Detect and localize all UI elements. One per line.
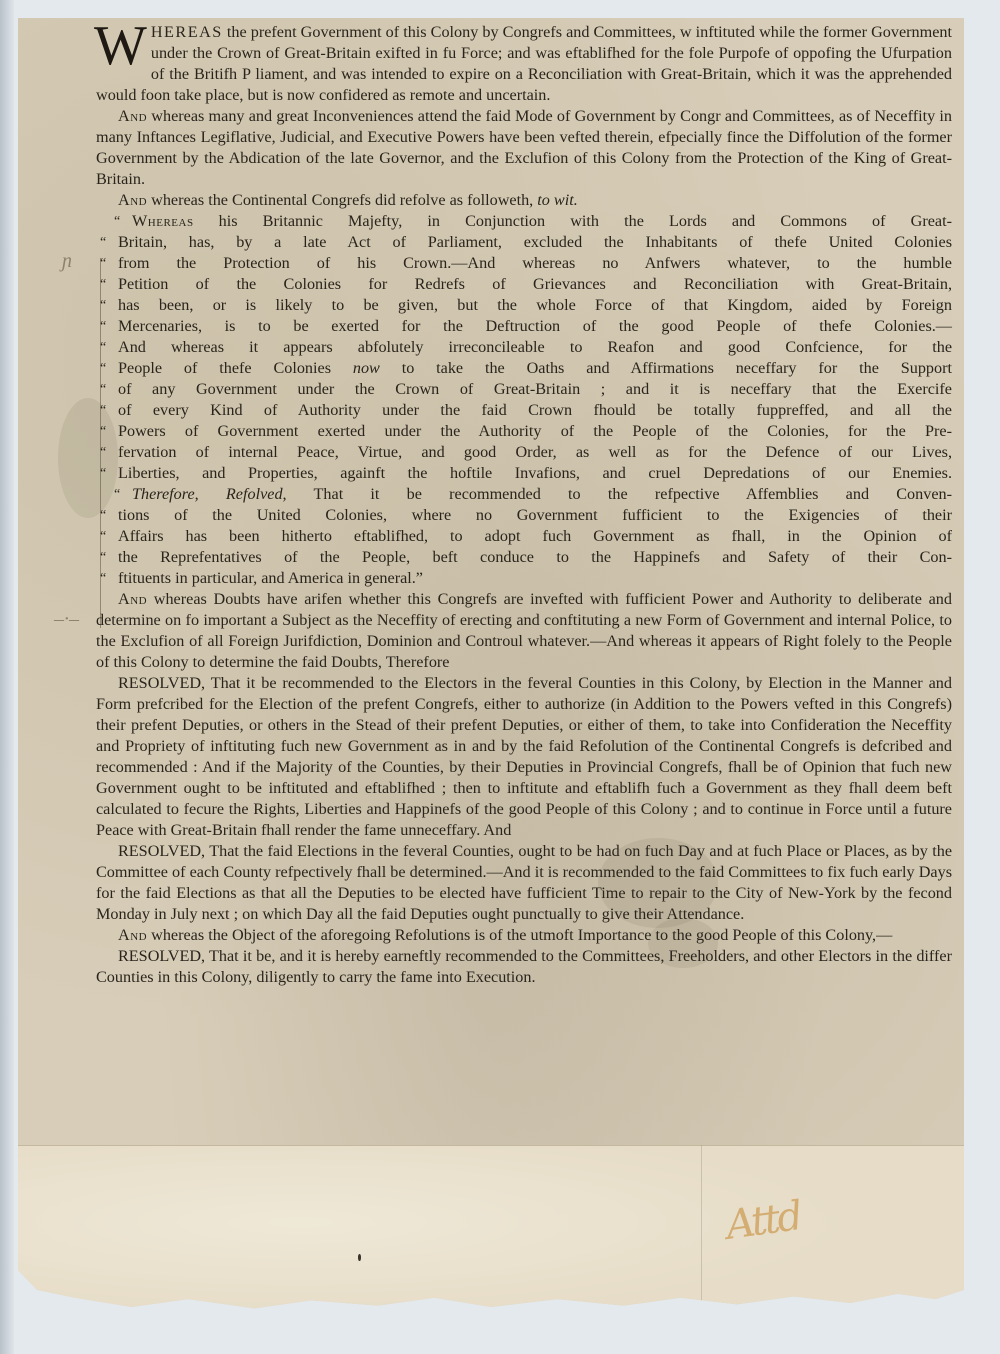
quote-line: “the Reprefentatives of the People, beft… [118, 547, 952, 568]
preamble-paragraph-1: WHEREAS the prefent Government of this C… [96, 22, 952, 106]
resolved-heading: RESOLVED, [118, 674, 205, 692]
scan-background-edge [0, 0, 14, 1354]
drop-cap: W [94, 24, 147, 68]
doubts-paragraph: And whereas Doubts have arifen whether t… [96, 589, 952, 673]
paragraph-text: whereas many and great Inconveniences at… [96, 107, 952, 188]
quote-text: Powers of Government exerted under the A… [118, 422, 952, 440]
quote-line: “Whereas his Britannic Majefty, in Conju… [118, 211, 952, 232]
quote-text: the Reprefentatives of the People, beft … [118, 548, 952, 566]
quote-text: has been, or is likely to be given, but … [118, 296, 952, 314]
paragraph-text: That it be recommended to the Electors i… [96, 674, 952, 839]
quote-mark: “ [100, 400, 106, 421]
preamble-paragraph-3: And whereas the Continental Congrefs did… [96, 190, 952, 211]
object-paragraph: And whereas the Object of the aforegoing… [96, 925, 952, 946]
fold-crease [701, 1145, 702, 1325]
quote-line: “Petition of the Colonies for Redrefs of… [118, 274, 952, 295]
quote-line: “tions of the United Colonies, where no … [118, 505, 952, 526]
broadside-page: ɲ ‒·‒ WHEREAS the prefent Government of … [18, 18, 964, 1336]
quote-mark: “ [100, 211, 120, 232]
quote-mark: “ [100, 358, 106, 379]
quote-mark: “ [100, 505, 106, 526]
quote-mark: “ [100, 442, 106, 463]
quote-text: And whereas it appears abfolutely irreco… [118, 338, 952, 356]
quote-mark: “ [100, 547, 106, 568]
document-body: WHEREAS the prefent Government of this C… [96, 22, 952, 988]
margin-pen-mark: ɲ [62, 250, 72, 273]
quote-text: That it be recommended to the refpective… [287, 485, 952, 503]
resolution-2: RESOLVED, That the faid Elections in the… [96, 841, 952, 925]
quote-text: his Britannic Majefty, in Conjunction wi… [194, 212, 952, 230]
quote-text: fervation of internal Peace, Virtue, and… [118, 443, 952, 461]
resolution-3: RESOLVED, That it be, and it is hereby e… [96, 946, 952, 988]
quote-text: Petition of the Colonies for Redrefs of … [118, 275, 952, 293]
opening-word: HEREAS [151, 23, 223, 41]
quote-line: “Mercenaries, is to be exerted for the D… [118, 316, 952, 337]
continental-congress-quotation: “Whereas his Britannic Majefty, in Conju… [96, 211, 952, 589]
quote-text: of every Kind of Authority under the fai… [118, 401, 952, 419]
quote-text: People of thefe Colonies [118, 359, 353, 377]
quote-mark: “ [100, 463, 106, 484]
lead-word: And [118, 107, 147, 125]
quote-line: “Affairs has been hitherto eftablifhed, … [118, 526, 952, 547]
quote-mark: “ [100, 295, 106, 316]
quote-line: “Liberties, and Properties, againft the … [118, 463, 952, 484]
quote-line: “And whereas it appears abfolutely irrec… [118, 337, 952, 358]
paragraph-text: whereas the Object of the aforegoing Ref… [147, 926, 892, 944]
quote-line: “Britain, has, by a late Act of Parliame… [118, 232, 952, 253]
paragraph-text: whereas the Continental Congrefs did ref… [147, 191, 537, 209]
quote-line: “of any Government under the Crown of Gr… [118, 379, 952, 400]
quote-line: “from the Protection of his Crown.—And w… [118, 253, 952, 274]
italic-phrase: to wit. [537, 191, 577, 209]
lead-word: And [118, 191, 147, 209]
quote-mark: “ [100, 253, 106, 274]
quote-text: to take the Oaths and Affirmations necef… [380, 359, 952, 377]
paragraph-text: That it be, and it is hereby earneftly r… [96, 947, 952, 986]
quote-mark: “ [100, 337, 106, 358]
ink-blot [770, 1306, 780, 1319]
lead-word: And [118, 590, 147, 608]
italic-word: now [353, 359, 380, 377]
quote-line: “has been, or is likely to be given, but… [118, 295, 952, 316]
quote-mark: “ [100, 526, 106, 547]
quote-text: Britain, has, by a late Act of Parliamen… [118, 233, 952, 251]
resolution-1: RESOLVED, That it be recommended to the … [96, 673, 952, 841]
paragraph-text: the prefent Government of this Colony by… [96, 23, 952, 104]
quote-mark: “ [100, 274, 106, 295]
quote-mark: “ [100, 232, 106, 253]
quote-line: “Powers of Government exerted under the … [118, 421, 952, 442]
quote-mark: “ [100, 379, 106, 400]
quote-text: Liberties, and Properties, againft the h… [118, 464, 952, 482]
quote-line: “People of thefe Colonies now to take th… [118, 358, 952, 379]
quote-text: tions of the United Colonies, where no G… [118, 506, 952, 524]
resolved-heading: RESOLVED, [118, 947, 205, 965]
ink-speck [358, 1254, 361, 1261]
margin-pen-mark: ‒·‒ [54, 608, 79, 631]
lead-word: And [118, 926, 147, 944]
quote-text: Affairs has been hitherto eftablifhed, t… [118, 527, 952, 545]
quote-mark: “ [100, 421, 106, 442]
preamble-paragraph-2: And whereas many and great Inconvenience… [96, 106, 952, 190]
lead-word: Whereas [132, 212, 194, 230]
quote-text: ftituents in particular, and America in … [118, 569, 423, 587]
quote-mark: “ [100, 316, 106, 337]
paragraph-text: whereas Doubts have arifen whether this … [96, 590, 952, 671]
quote-mark: “ [100, 484, 120, 505]
blank-lower-flap [18, 1145, 964, 1337]
paragraph-text: That the faid Elections in the feveral C… [96, 842, 952, 923]
quote-line: “Therefore, Refolved, That it be recomme… [118, 484, 952, 505]
quote-text: from the Protection of his Crown.—And wh… [118, 254, 952, 272]
italic-phrase: Therefore, Refolved, [132, 485, 287, 503]
quote-mark: “ [100, 568, 106, 589]
quote-line: “of every Kind of Authority under the fa… [118, 400, 952, 421]
quote-text: Mercenaries, is to be exerted for the De… [118, 317, 952, 335]
quote-line: “fervation of internal Peace, Virtue, an… [118, 442, 952, 463]
resolved-heading: RESOLVED, [118, 842, 205, 860]
quote-text: of any Government under the Crown of Gre… [118, 380, 952, 398]
quote-line: “ftituents in particular, and America in… [118, 568, 952, 589]
